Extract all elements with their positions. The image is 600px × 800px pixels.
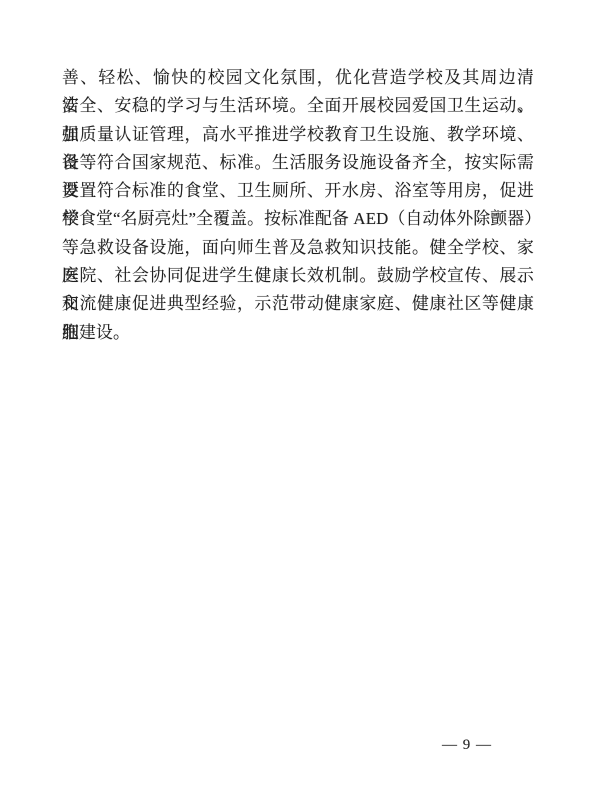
body-text-line: 安全、安稳的学习与生活环境。全面开展校园爱国卫生运动。加 (62, 92, 534, 120)
page-number: — 9 — (442, 737, 492, 753)
body-text-line: 善、轻松、愉快的校园文化氛围，优化营造学校及其周边清洁、 (62, 64, 534, 92)
body-text-line: 等急救设备设施，面向师生普及急救知识技能。健全学校、家庭、 (62, 234, 534, 262)
body-text-line: 设置符合标准的食堂、卫生厕所、开水房、浴室等用房，促进学 (62, 177, 534, 205)
body-text-line: 强质量认证管理，高水平推进学校教育卫生设施、教学环境、设 (62, 121, 534, 149)
document-page: 善、轻松、愉快的校园文化氛围，优化营造学校及其周边清洁、 安全、安稳的学习与生活… (0, 0, 600, 800)
body-text-line: 医院、社会协同促进学生健康长效机制。鼓励学校宣传、展示和 (62, 262, 534, 290)
body-text-line: 校食堂“名厨亮灶”全覆盖。按标准配备 AED（自动体外除颤器） (62, 205, 534, 233)
body-text-line: 交流健康促进典型经验，示范带动健康家庭、健康社区等健康细 (62, 290, 534, 318)
page-footer: — 9 — (437, 737, 497, 754)
body-paragraph: 善、轻松、愉快的校园文化氛围，优化营造学校及其周边清洁、 安全、安稳的学习与生活… (62, 64, 534, 347)
body-text-line: 备等符合国家规范、标准。生活服务设施设备齐全，按实际需要 (62, 149, 534, 177)
body-text-line: 胞建设。 (62, 319, 534, 347)
